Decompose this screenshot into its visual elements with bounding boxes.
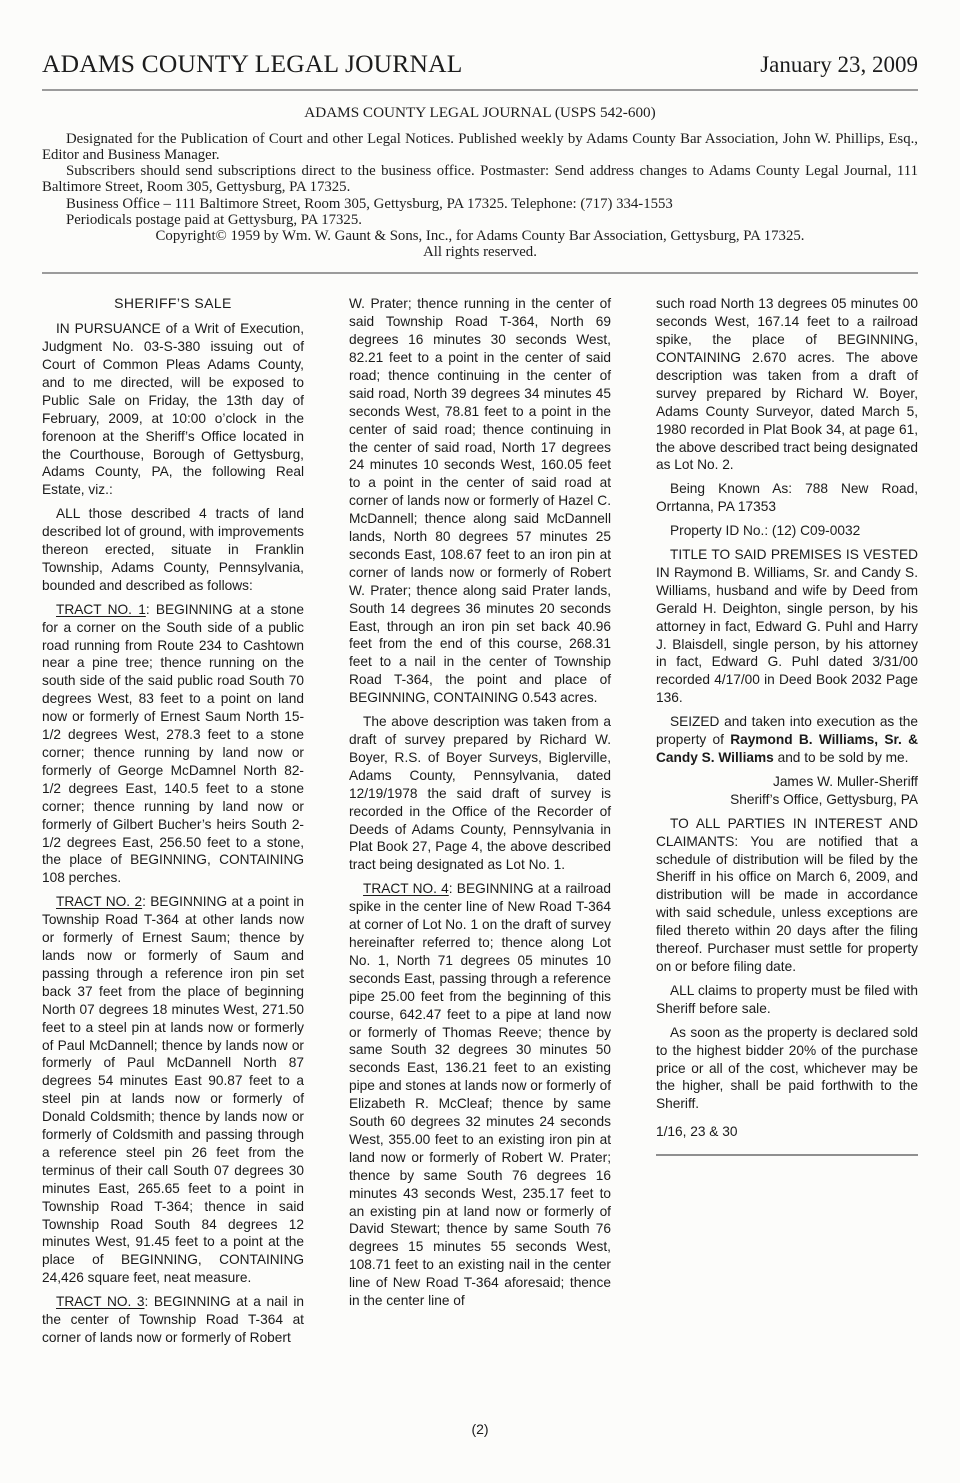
journal-title: ADAMS COUNTY LEGAL JOURNAL	[42, 51, 463, 77]
tract-4-label: TRACT NO. 4	[363, 881, 449, 896]
tract-3-paragraph: TRACT NO. 3: BEGINNING at a nail in the …	[42, 1293, 304, 1347]
property-id-paragraph: Property ID No.: (12) C09-0032	[656, 522, 918, 540]
masthead-copyright-line: Copyright© 1959 by Wm. W. Gaunt & Sons, …	[42, 228, 918, 244]
sheriff-signature-name: James W. Muller-Sheriff	[656, 773, 918, 791]
issue-date: January 23, 2009	[760, 52, 918, 78]
notice-body: SHERIFF’S SALE IN PURSUANCE of a Writ of…	[42, 295, 918, 1347]
notice-end-rule	[656, 1154, 918, 1156]
claims-paragraph: ALL claims to property must be filed wit…	[656, 982, 918, 1018]
tract-2-text: : BEGINNING at a point in Township Road …	[42, 894, 304, 1285]
header-rule	[42, 89, 918, 91]
journal-header: ADAMS COUNTY LEGAL JOURNAL January 23, 2…	[42, 0, 918, 91]
title-vested-paragraph: TITLE TO SAID PREMISES IS VESTED IN Raym…	[656, 546, 918, 707]
known-as-paragraph: Being Known As: 788 New Road, Orrtanna, …	[656, 480, 918, 516]
notice-column-3: such road North 13 degrees 05 minutes 00…	[656, 295, 918, 1347]
masthead: ADAMS COUNTY LEGAL JOURNAL (USPS 542-600…	[42, 104, 918, 274]
masthead-rule	[42, 272, 918, 274]
tract-3-continuation-paragraph: W. Prater; thence running in the center …	[349, 295, 611, 707]
parties-notice-paragraph: TO ALL PARTIES IN INTEREST AND CLAIMANTS…	[656, 815, 918, 976]
masthead-subscribers-paragraph: Subscribers should send subscriptions di…	[42, 163, 918, 195]
pursuance-paragraph: IN PURSUANCE of a Writ of Execution, Jud…	[42, 320, 304, 499]
tract-2-paragraph: TRACT NO. 2: BEGINNING at a point in Tow…	[42, 893, 304, 1287]
tract-1-text: : BEGINNING at a stone for a corner on t…	[42, 602, 304, 886]
notice-column-1: SHERIFF’S SALE IN PURSUANCE of a Writ of…	[42, 295, 304, 1347]
masthead-rights-line: All rights reserved.	[42, 244, 918, 260]
masthead-business-office-line: Business Office – 111 Baltimore Street, …	[42, 196, 918, 212]
tract-4-continuation-paragraph: such road North 13 degrees 05 minutes 00…	[656, 295, 918, 474]
sheriffs-sale-heading: SHERIFF’S SALE	[42, 295, 304, 313]
header-title-row: ADAMS COUNTY LEGAL JOURNAL January 23, 2…	[42, 0, 918, 78]
notice-column-2: W. Prater; thence running in the center …	[349, 295, 611, 1347]
masthead-title: ADAMS COUNTY LEGAL JOURNAL (USPS 542-600…	[42, 104, 918, 122]
sheriff-signature-office: Sheriff’s Office, Gettysburg, PA	[656, 791, 918, 809]
tract-3-label: TRACT NO. 3	[56, 1294, 144, 1309]
tract-1-paragraph: TRACT NO. 1: BEGINNING at a stone for a …	[42, 601, 304, 888]
journal-page: ADAMS COUNTY LEGAL JOURNAL January 23, 2…	[0, 0, 960, 1483]
tract-2-label: TRACT NO. 2	[56, 894, 142, 909]
page-number: (2)	[471, 1421, 488, 1437]
masthead-designated-paragraph: Designated for the Publication of Court …	[42, 131, 918, 163]
all-tracts-paragraph: ALL those described 4 tracts of land des…	[42, 505, 304, 595]
tract-4-text: : BEGINNING at a railroad spike in the c…	[349, 881, 611, 1308]
tract-4-paragraph: TRACT NO. 4: BEGINNING at a railroad spi…	[349, 880, 611, 1310]
bidder-terms-paragraph: As soon as the property is declared sold…	[656, 1024, 918, 1114]
insertion-dates: 1/16, 23 & 30	[656, 1123, 918, 1141]
seized-text-post: and to be sold by me.	[774, 750, 909, 765]
masthead-periodicals-line: Periodicals postage paid at Gettysburg, …	[42, 212, 918, 228]
page-footer: (2)	[0, 1421, 960, 1437]
tract-1-label: TRACT NO. 1	[56, 602, 146, 617]
survey-lot1-paragraph: The above description was taken from a d…	[349, 713, 611, 874]
seized-paragraph: SEIZED and taken into execution as the p…	[656, 713, 918, 767]
